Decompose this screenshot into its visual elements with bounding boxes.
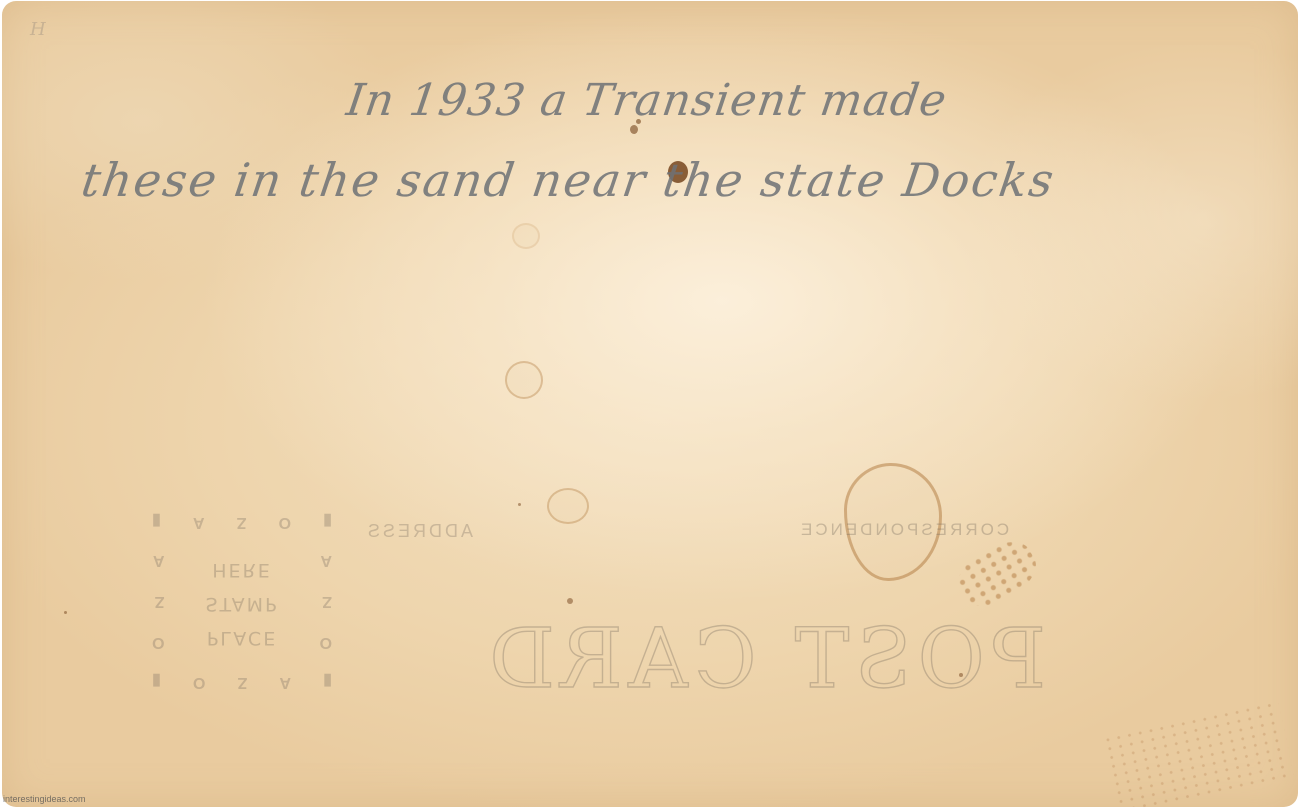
- handwritten-line-1: In 1933 a Transient made: [343, 75, 950, 126]
- stamp-line-stamp: STAMP: [205, 593, 278, 615]
- post-card-title: POST CARD: [486, 619, 1046, 701]
- stamp-border-glyph: Z: [320, 592, 332, 610]
- stamp-border-glyph: O: [320, 633, 332, 651]
- stamp-border-glyph: A: [279, 671, 291, 691]
- stamp-border-glyph: O: [193, 671, 205, 691]
- stamp-border-glyph: ▮: [323, 671, 332, 691]
- stamp-border-glyph: ▮: [152, 511, 161, 531]
- dirt-spot: [567, 598, 573, 604]
- stamp-border-glyph: ▮: [323, 511, 332, 531]
- ink-spot-stain-small: [630, 125, 638, 134]
- water-ring-stain-faint: [512, 223, 540, 249]
- stamp-box-border-bottom: ▮ O Z A ▮: [152, 511, 332, 531]
- stamp-border-glyph: A: [193, 511, 205, 531]
- stamp-border-glyph: Z: [238, 671, 248, 691]
- stamp-box-border-top: ▮ A Z O ▮: [152, 671, 332, 691]
- stamp-border-glyph: Z: [152, 592, 164, 610]
- source-watermark: interestingideas.com: [3, 794, 86, 804]
- stamp-border-glyph: A: [320, 551, 332, 569]
- dirt-spot: [518, 503, 521, 506]
- stamp-box: ▮ A Z O ▮ O Z A O Z A PLACE STAMP HERE ▮…: [152, 511, 332, 691]
- address-label: ADDRESS: [365, 521, 473, 542]
- stamp-line-place: PLACE: [207, 627, 277, 649]
- handwritten-line-2: these in the sand near the state Docks: [78, 153, 1059, 207]
- stamp-border-glyph: O: [152, 633, 164, 651]
- corner-speckle-stain: [1102, 699, 1295, 807]
- stamp-box-border-right: O Z A: [152, 539, 164, 663]
- stamp-box-instructions: PLACE STAMP HERE: [182, 559, 302, 649]
- stamp-border-glyph: ▮: [152, 671, 161, 691]
- stamp-border-glyph: O: [279, 511, 291, 531]
- stamp-line-here: HERE: [212, 559, 272, 581]
- water-ring-stain: [547, 488, 589, 524]
- stamp-box-border-left: O Z A: [320, 539, 332, 663]
- postcard-back: H In 1933 a Transient made these in the …: [2, 1, 1298, 807]
- water-ring-stain: [505, 361, 543, 399]
- correspondence-label: CORRESPONDENCE: [798, 520, 1009, 540]
- stamp-border-glyph: Z: [237, 511, 247, 531]
- corner-pencil-mark: H: [30, 19, 46, 40]
- stamp-border-glyph: A: [152, 551, 164, 569]
- dirt-spot: [64, 611, 67, 614]
- speckle-stain: [950, 532, 1044, 615]
